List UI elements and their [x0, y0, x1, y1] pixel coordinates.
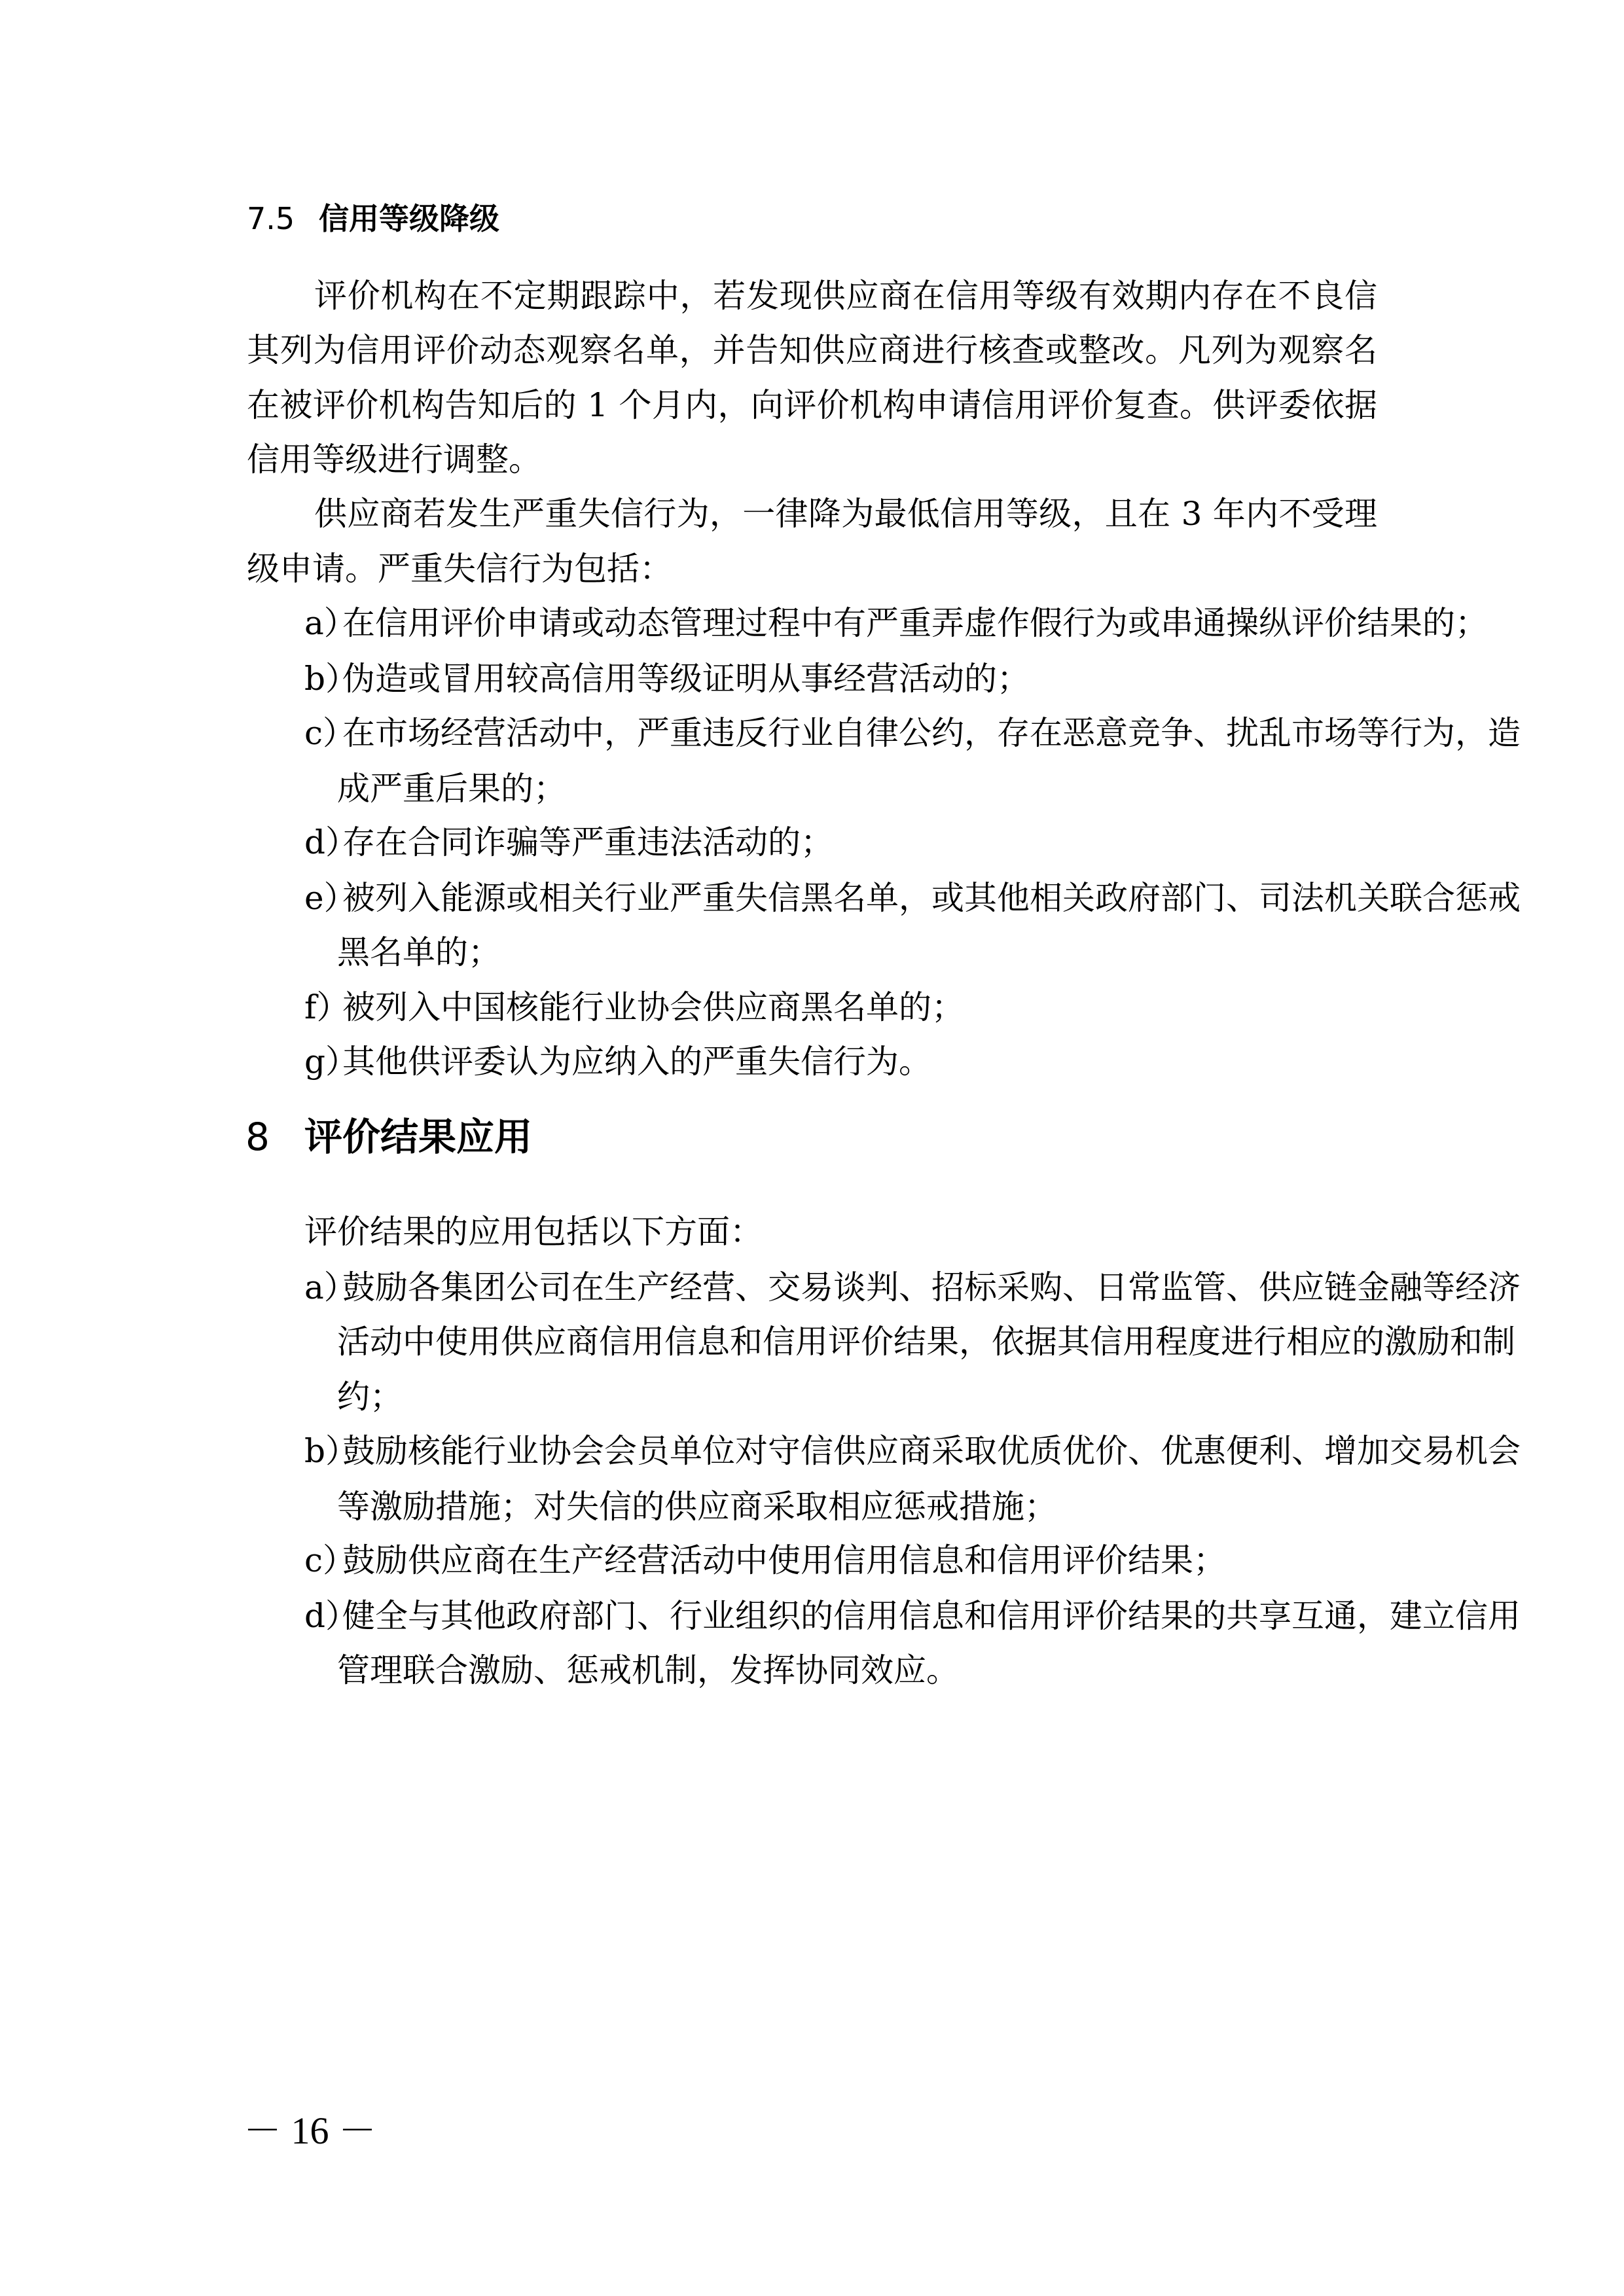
list-item-f: f）被列入中国核能行业协会供应商黑名单的；	[304, 989, 964, 1026]
section-heading-7-5: 7.5信用等级降级	[247, 200, 499, 237]
paragraph-line: 供应商若发生严重失信行为，一律降为最低信用等级，且在 3 年内不受理其信用等级升	[314, 495, 1377, 532]
paragraph-line: 在被评价机构告知后的 1 个月内，向评价机构申请信用评价复查。供评委依据复查结果…	[247, 387, 1377, 423]
list-marker: c）	[304, 1542, 342, 1579]
list-item-text: 健全与其他政府部门、行业组织的信用信息和信用评价结果的共享互通，建立信用	[342, 1597, 1521, 1635]
list-item-text: 在市场经营活动中，严重违反行业自律公约，存在恶意竞争、扰乱市场等行为，造	[342, 714, 1521, 752]
document-page: 7.5信用等级降级 评价机构在不定期跟踪中，若发现供应商在信用等级有效期内存在不…	[0, 0, 1624, 2296]
list-marker: f）	[304, 989, 342, 1026]
list-item-c: c）鼓励供应商在生产经营活动中使用信用信息和信用评价结果；	[304, 1542, 1226, 1579]
section-title: 信用等级降级	[319, 201, 499, 236]
list-item-b: b）鼓励核能行业协会会员单位对守信供应商采取优质优价、优惠便利、增加交易机会	[304, 1433, 1521, 1469]
list-item-continuation: 约；	[337, 1378, 403, 1415]
paragraph-line: 信用等级进行调整。	[247, 441, 541, 478]
list-marker: b）	[304, 660, 342, 697]
page-number: － 16 －	[244, 2100, 376, 2155]
list-marker: a）	[304, 1269, 342, 1306]
paragraph-line: 其列为信用评价动态观察名单，并告知供应商进行核查或整改。凡列为观察名单的供应商应	[247, 332, 1377, 368]
section-title: 评价结果应用	[304, 1115, 532, 1159]
list-item-continuation: 等激励措施；对失信的供应商采取相应惩戒措施；	[337, 1488, 1057, 1525]
list-marker: d）	[304, 1598, 342, 1634]
paragraph-line: 评价机构在不定期跟踪中，若发现供应商在信用等级有效期内存在不良信用信息，应将	[314, 278, 1377, 314]
list-item-continuation: 黑名单的；	[337, 934, 501, 971]
section-number: 7.5	[247, 200, 319, 237]
list-item-text: 存在合同诈骗等严重违法活动的；	[342, 823, 833, 861]
list-item-a: a）鼓励各集团公司在生产经营、交易谈判、招标采购、日常监管、供应链金融等经济	[304, 1269, 1521, 1306]
list-item-text: 其他供评委认为应纳入的严重失信行为。	[342, 1043, 931, 1081]
section-heading-8: 8评价结果应用	[245, 1114, 532, 1160]
list-item-text: 被列入能源或相关行业严重失信黑名单，或其他相关政府部门、司法机关联合惩戒	[342, 879, 1521, 917]
list-item-text: 鼓励核能行业协会会员单位对守信供应商采取优质优价、优惠便利、增加交易机会	[342, 1432, 1521, 1470]
list-item-g: g）其他供评委认为应纳入的严重失信行为。	[304, 1043, 931, 1080]
list-item-d: d）存在合同诈骗等严重违法活动的；	[304, 824, 833, 861]
list-item-text: 伪造或冒用较高信用等级证明从事经营活动的；	[342, 660, 1030, 698]
section-number: 8	[245, 1114, 304, 1160]
list-item-text: 鼓励各集团公司在生产经营、交易谈判、招标采购、日常监管、供应链金融等经济	[342, 1268, 1521, 1306]
list-item-continuation: 管理联合激励、惩戒机制，发挥协同效应。	[337, 1652, 959, 1689]
list-item-text: 鼓励供应商在生产经营活动中使用信用信息和信用评价结果；	[342, 1541, 1226, 1579]
list-item-continuation: 活动中使用供应商信用信息和信用评价结果，依据其信用程度进行相应的激励和制	[337, 1323, 1515, 1360]
list-item-text: 被列入中国核能行业协会供应商黑名单的；	[342, 988, 964, 1026]
section-intro: 评价结果的应用包括以下方面：	[304, 1213, 763, 1250]
list-marker: c）	[304, 715, 342, 751]
list-marker: g）	[304, 1043, 342, 1080]
list-item-e: e）被列入能源或相关行业严重失信黑名单，或其他相关政府部门、司法机关联合惩戒	[304, 880, 1521, 916]
list-item-a: a）在信用评价申请或动态管理过程中有严重弄虚作假行为或串通操纵评价结果的；	[304, 605, 1488, 641]
list-item-c: c）在市场经营活动中，严重违反行业自律公约，存在恶意竞争、扰乱市场等行为，造	[304, 715, 1377, 751]
list-item-text: 在信用评价申请或动态管理过程中有严重弄虚作假行为或串通操纵评价结果的；	[342, 604, 1488, 642]
list-item-continuation: 成严重后果的；	[337, 770, 566, 807]
list-marker: b）	[304, 1433, 342, 1469]
list-marker: a）	[304, 605, 342, 641]
list-item-d: d）健全与其他政府部门、行业组织的信用信息和信用评价结果的共享互通，建立信用	[304, 1598, 1521, 1634]
list-marker: d）	[304, 824, 342, 861]
list-marker: e）	[304, 880, 342, 916]
paragraph-line: 级申请。严重失信行为包括：	[247, 550, 672, 587]
list-item-b: b）伪造或冒用较高信用等级证明从事经营活动的；	[304, 660, 1030, 697]
